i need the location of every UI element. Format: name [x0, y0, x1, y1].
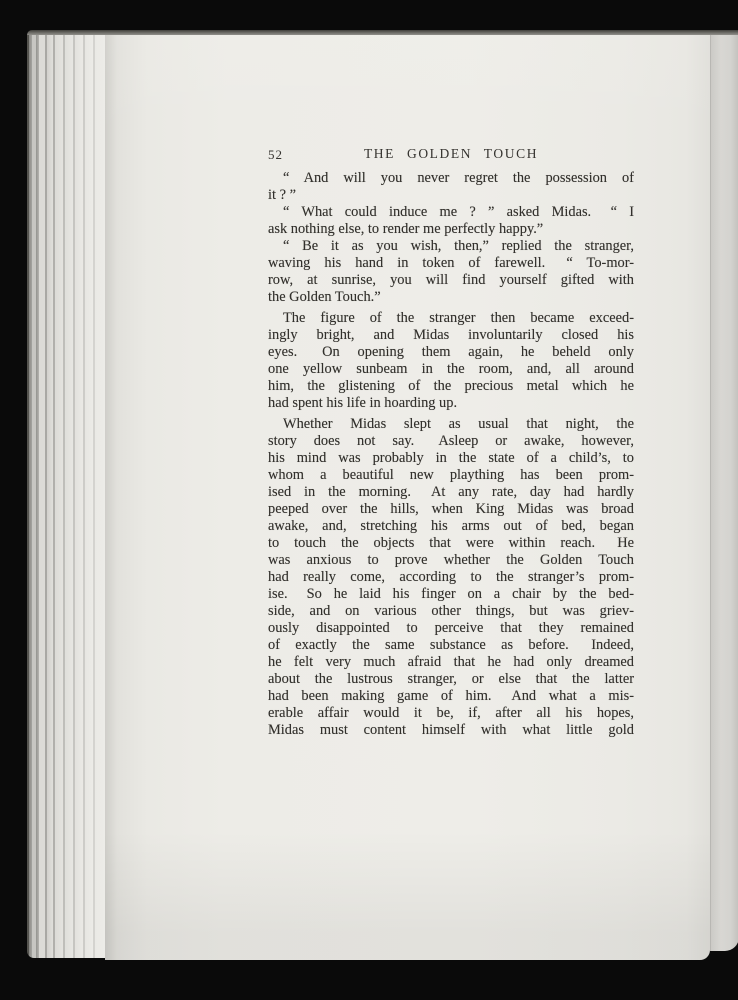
text-line: ingly bright, and Midas involuntarily cl… [268, 327, 634, 344]
text-line: was anxious to prove whether the Golden … [268, 552, 634, 569]
running-header: 52 THE GOLDEN TOUCH [268, 146, 634, 164]
text-line: The figure of the stranger then became e… [268, 310, 634, 327]
text-line: of exactly the same substance as before.… [268, 637, 634, 654]
text-line: story does not say. Asleep or awake, how… [268, 433, 634, 450]
text-line: ously disappointed to perceive that they… [268, 620, 634, 637]
book-page: 52 THE GOLDEN TOUCH “ And will you never… [105, 35, 710, 960]
text-line: one yellow sunbeam in the room, and, all… [268, 361, 634, 378]
text-line: waving his hand in token of farewell. “ … [268, 255, 634, 272]
text-line: eyes. On opening them again, he beheld o… [268, 344, 634, 361]
page-right-edge [710, 35, 738, 951]
text-line: had spent his life in hoarding up. [268, 395, 634, 412]
text-line: whom a beautiful new plaything has been … [268, 467, 634, 484]
book-photo: 52 THE GOLDEN TOUCH “ And will you never… [0, 0, 738, 1000]
text-line: ised in the morning. At any rate, day ha… [268, 484, 634, 501]
text-line: to touch the objects that were within re… [268, 535, 634, 552]
text-line: ask nothing else, to render me perfectly… [268, 221, 634, 238]
text-line: row, at sunrise, you will find yourself … [268, 272, 634, 289]
page-title: THE GOLDEN TOUCH [268, 146, 634, 162]
text-line: the Golden Touch.” [268, 289, 634, 306]
text-line: side, and on various other things, but w… [268, 603, 634, 620]
text-line: “ And will you never regret the possessi… [268, 170, 634, 187]
text-line: Midas must content himself with what lit… [268, 722, 634, 739]
text-line: had really come, according to the strang… [268, 569, 634, 586]
text-line: peeped over the hills, when King Midas w… [268, 501, 634, 518]
text-line: ise. So he laid his finger on a chair by… [268, 586, 634, 603]
text-line: he felt very much afraid that he had onl… [268, 654, 634, 671]
page-edges-left [27, 35, 105, 958]
text-line: it ? ” [268, 187, 634, 204]
text-line: about the lustrous stranger, or else tha… [268, 671, 634, 688]
text-line: him, the glistening of the precious meta… [268, 378, 634, 395]
text-line: awake, and, stretching his arms out of b… [268, 518, 634, 535]
text-line: “ Be it as you wish, then,” replied the … [268, 238, 634, 255]
text-line: “ What could induce me ? ” asked Midas. … [268, 204, 634, 221]
book: 52 THE GOLDEN TOUCH “ And will you never… [27, 30, 738, 961]
text-line: had been making game of him. And what a … [268, 688, 634, 705]
text-block: “ And will you never regret the possessi… [268, 170, 634, 739]
text-line: Whether Midas slept as usual that night,… [268, 416, 634, 433]
text-line: his mind was probably in the state of a … [268, 450, 634, 467]
text-line: erable affair would it be, if, after all… [268, 705, 634, 722]
